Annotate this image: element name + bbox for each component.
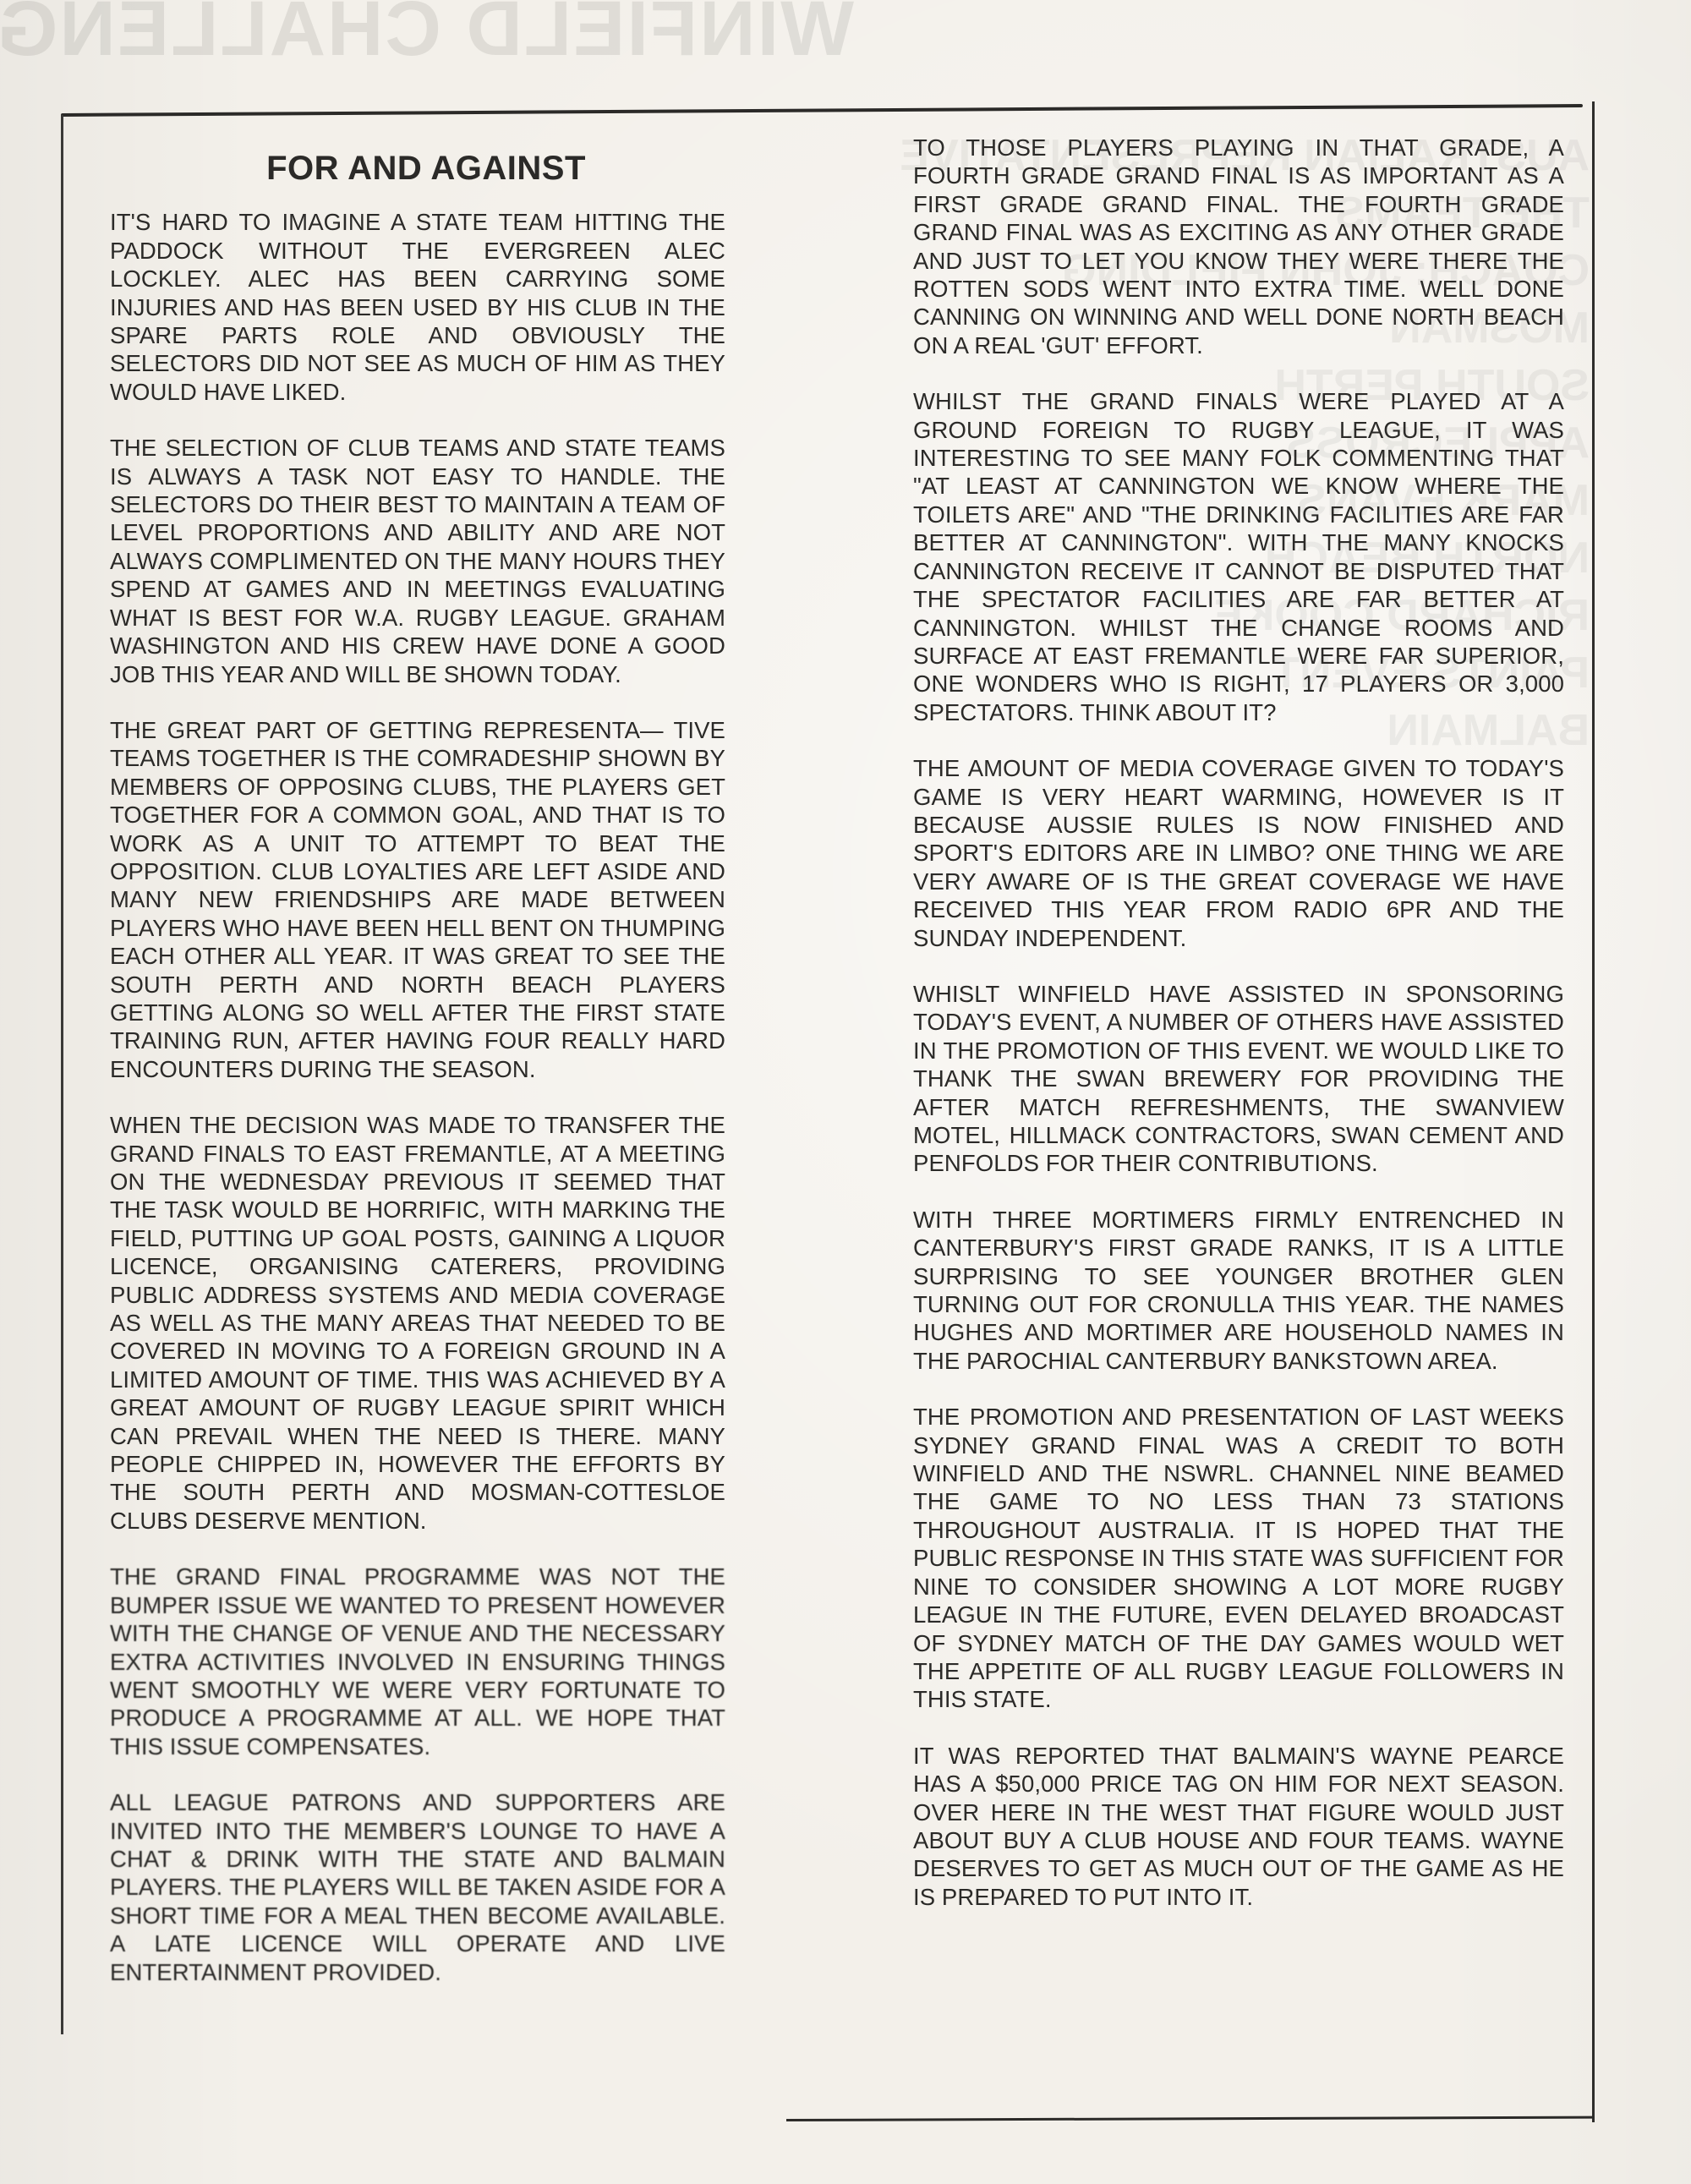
article-right-column: TO THOSE PLAYERS PLAYING IN THAT GRADE, … xyxy=(913,134,1564,1939)
article-title: FOR AND AGAINST xyxy=(110,155,725,183)
paragraph-wayne-pearce: IT WAS REPORTED THAT BALMAIN'S WAYNE PEA… xyxy=(913,1742,1564,1911)
paragraph-cannington: WHILST THE GRAND FINALS WERE PLAYED AT A… xyxy=(913,387,1564,726)
article-border-bottom xyxy=(786,2116,1594,2121)
paragraph-sponsors: WHISLT WINFIELD HAVE ASSISTED IN SPONSOR… xyxy=(913,980,1564,1178)
paragraph-representative-teams: THE GREAT PART OF GETTING REPRESENTA— TI… xyxy=(110,716,725,1083)
paragraph-media-coverage: THE AMOUNT OF MEDIA COVERAGE GIVEN TO TO… xyxy=(913,754,1564,952)
paragraph-members-lounge: ALL LEAGUE PATRONS AND SUPPORTERS ARE IN… xyxy=(110,1788,725,1986)
article-border-left xyxy=(61,115,63,2034)
paragraph-grand-finals-transfer: WHEN THE DECISION WAS MADE TO TRANSFER T… xyxy=(110,1111,725,1535)
paragraph-alec-lockley: IT'S HARD TO IMAGINE A STATE TEAM HITTIN… xyxy=(110,208,725,406)
paragraph-mortimers: WITH THREE MORTIMERS FIRMLY ENTRENCHED I… xyxy=(913,1206,1564,1375)
bleed-through-header: WINFIELD CHALLENGE xyxy=(8,0,854,74)
article-border-top xyxy=(61,104,1583,117)
article-border-right xyxy=(1592,101,1595,2122)
paragraph-selection: THE SELECTION OF CLUB TEAMS AND STATE TE… xyxy=(110,434,725,688)
paragraph-fourth-grade: TO THOSE PLAYERS PLAYING IN THAT GRADE, … xyxy=(913,134,1564,359)
paragraph-programme: THE GRAND FINAL PROGRAMME WAS NOT THE BU… xyxy=(110,1563,725,1760)
article-left-column: FOR AND AGAINST IT'S HARD TO IMAGINE A S… xyxy=(110,155,725,2014)
paragraph-sydney-grand-final: THE PROMOTION AND PRESENTATION OF LAST W… xyxy=(913,1403,1564,1713)
